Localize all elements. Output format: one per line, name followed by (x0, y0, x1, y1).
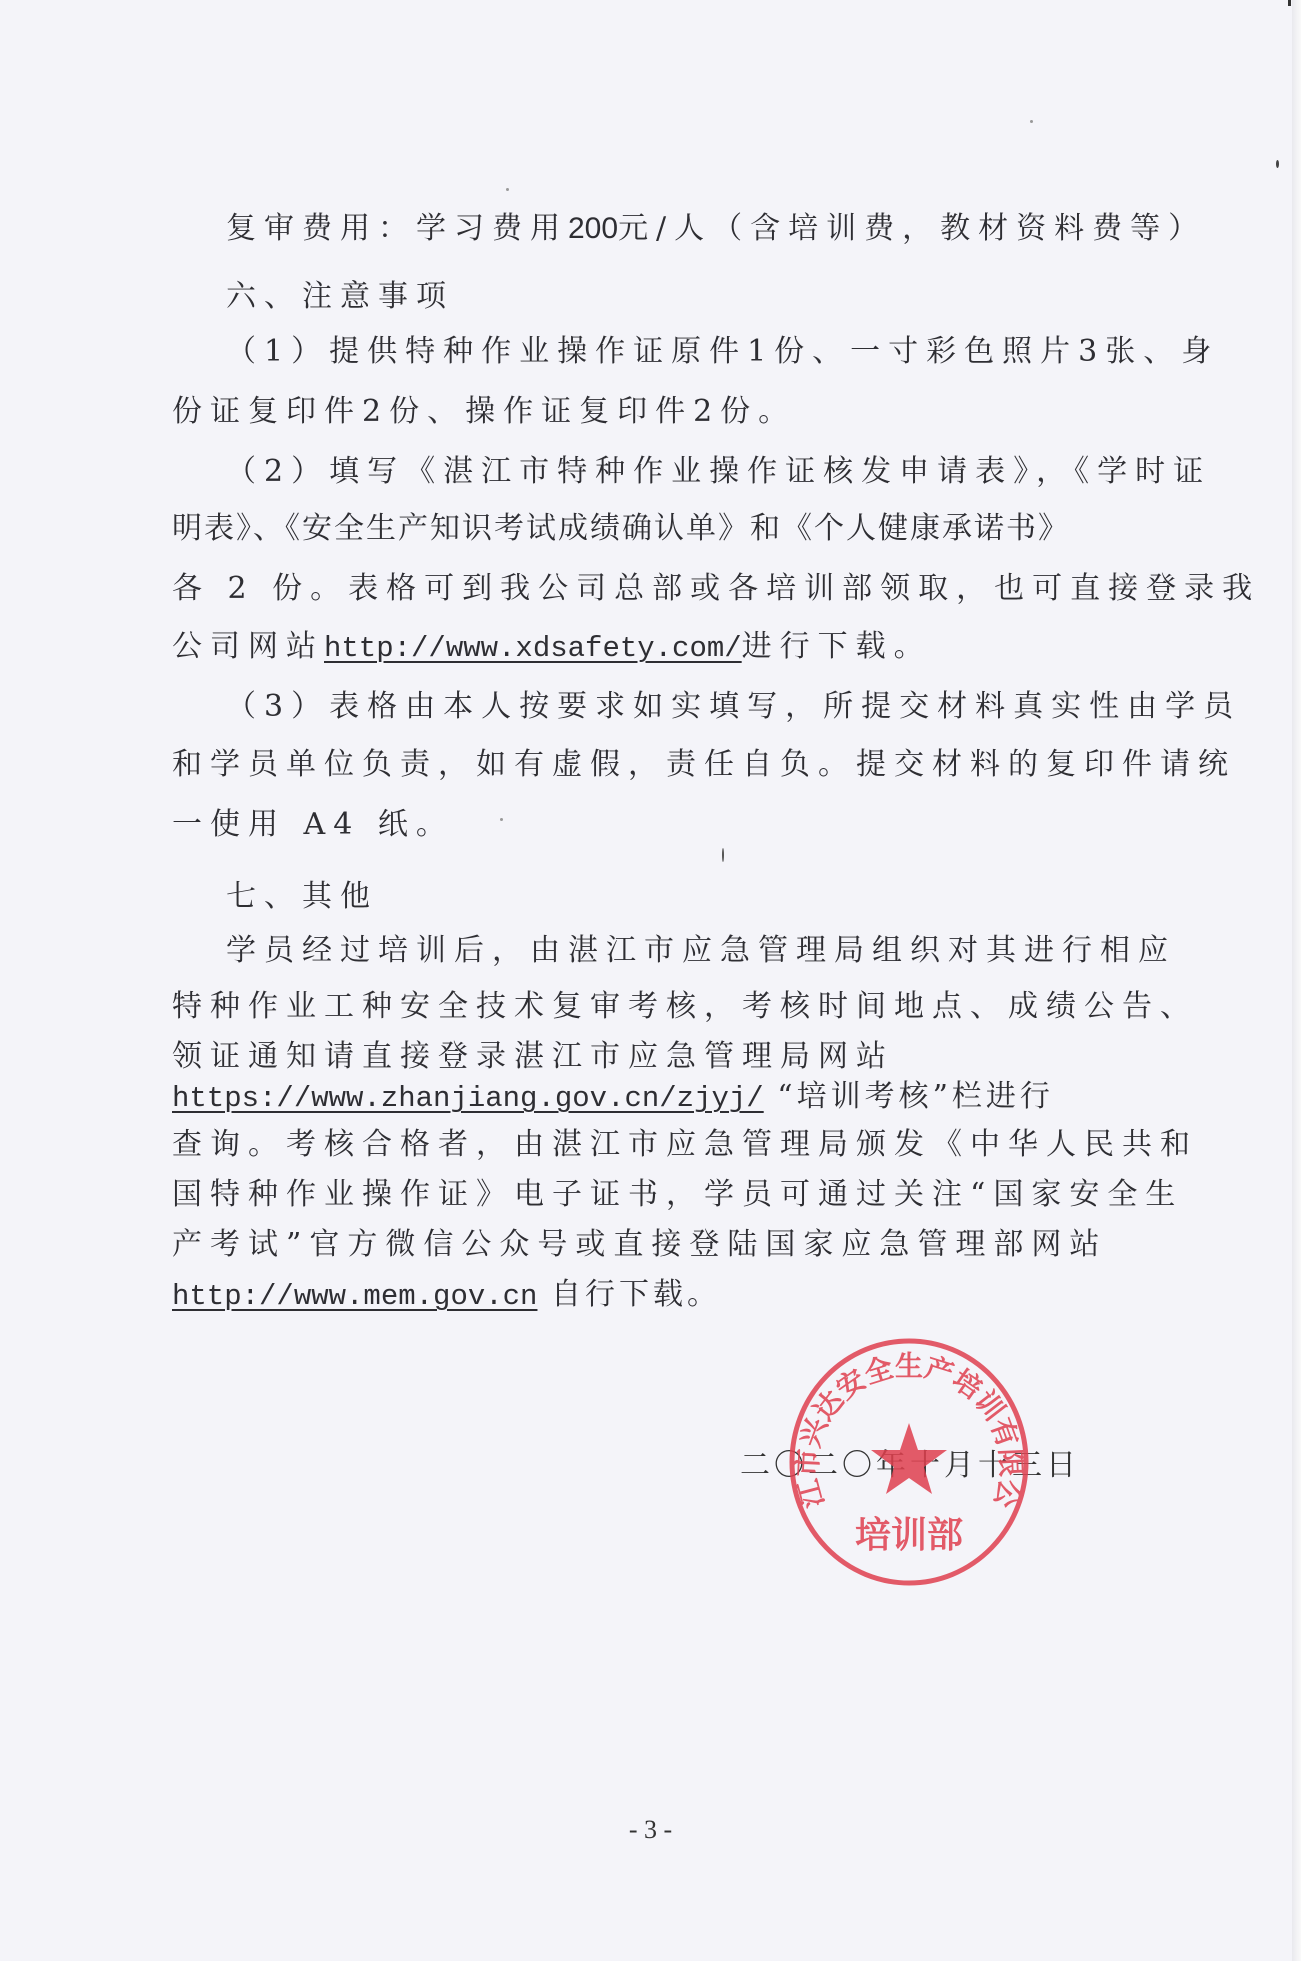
section7-line2: 特种作业工种安全技术复审考核，考核时间地点、成绩公告、 (172, 990, 1198, 1024)
section7-line7: 产考试”官方微信公众号或直接登陆国家应急管理部网站 (172, 1228, 1107, 1262)
section7-line1: 学员经过培训后，由湛江市应急管理局组织对其进行相应 (226, 934, 1176, 968)
scan-edge-mark (1288, 0, 1291, 6)
xdsafety-link[interactable]: http://www.xdsafety.com/ (324, 632, 742, 665)
fee-line: 复审费用：学习费用200元/人（含培训费，教材资料费等） (226, 212, 1206, 246)
section7-line5: 查询。考核合格者，由湛江市应急管理局颁发《中华人民共和 (172, 1128, 1198, 1162)
item2-line3: 各 2 份。表格可到我公司总部或各培训部领取，也可直接登录我 (172, 572, 1260, 606)
fee-line-suffix: 元/人（含培训费，教材资料费等） (618, 211, 1206, 246)
star-icon (871, 1423, 947, 1494)
item2-line4-suffix: 进行下载。 (742, 629, 932, 664)
scan-speck (506, 188, 509, 191)
item3-line3: 一使用 A4 纸。 (172, 808, 454, 842)
page-number: - 3 - (0, 1815, 1301, 1845)
scan-page-edge (1292, 0, 1301, 1961)
item2-line2: 明表》、《安全生产知识考试成绩确认单》和《个人健康承诺书》 (172, 512, 1070, 546)
section6-heading: 六、注意事项 (226, 280, 454, 314)
mem-gov-link[interactable]: http://www.mem.gov.cn (172, 1280, 537, 1313)
item3-line1: （3）表格由本人按要求如实填写，所提交材料真实性由学员 (226, 690, 1241, 724)
svg-text:湛江市兴达安全生产培训有限公司: 湛江市兴达安全生产培训有限公司 (787, 1337, 1028, 1511)
item2-line4: 公司网站http://www.xdsafety.com/进行下载。 (172, 630, 932, 666)
section7-line8: http://www.mem.gov.cn 自行下载。 (172, 1278, 721, 1314)
section7-line8-suffix: 自行下载。 (537, 1277, 721, 1312)
scan-speck (500, 818, 503, 821)
item1-line2: 份证复印件2份、操作证复印件2份。 (172, 395, 796, 429)
scan-speck (1030, 120, 1033, 123)
zhanjiang-gov-link[interactable]: https://www.zhanjiang.gov.cn/zjyj/ (172, 1082, 764, 1115)
scan-speck (722, 848, 724, 862)
section7-line4-suffix: “培训考核”栏进行 (764, 1079, 1054, 1114)
section7-line3: 领证通知请直接登录湛江市应急管理局网站 (172, 1040, 894, 1074)
seal-department: 培训部 (855, 1514, 963, 1556)
item1-line1: （1）提供特种作业操作证原件1份、一寸彩色照片3张、身 (226, 335, 1219, 369)
fee-amount: 200 (568, 212, 618, 245)
seal-org-name: 湛江市兴达安全生产培训有限公司 (787, 1337, 1028, 1511)
company-seal-stamp: 湛江市兴达安全生产培训有限公司 培训部 (787, 1337, 1031, 1587)
section7-line6: 国特种作业操作证》电子证书，学员可通过关注“国家安全生 (172, 1178, 1183, 1212)
section7-line4: https://www.zhanjiang.gov.cn/zjyj/ “培训考核… (172, 1080, 1054, 1116)
item2-line4-prefix: 公司网站 (172, 629, 324, 664)
scan-speck (1276, 160, 1279, 168)
item3-line2: 和学员单位负责，如有虚假，责任自负。提交材料的复印件请统 (172, 748, 1236, 782)
fee-line-prefix: 复审费用：学习费用 (226, 211, 568, 246)
item2-line1: （2）填写《湛江市特种作业操作证核发申请表》，《学时证 (226, 455, 1211, 489)
section7-heading: 七、其他 (226, 880, 378, 914)
